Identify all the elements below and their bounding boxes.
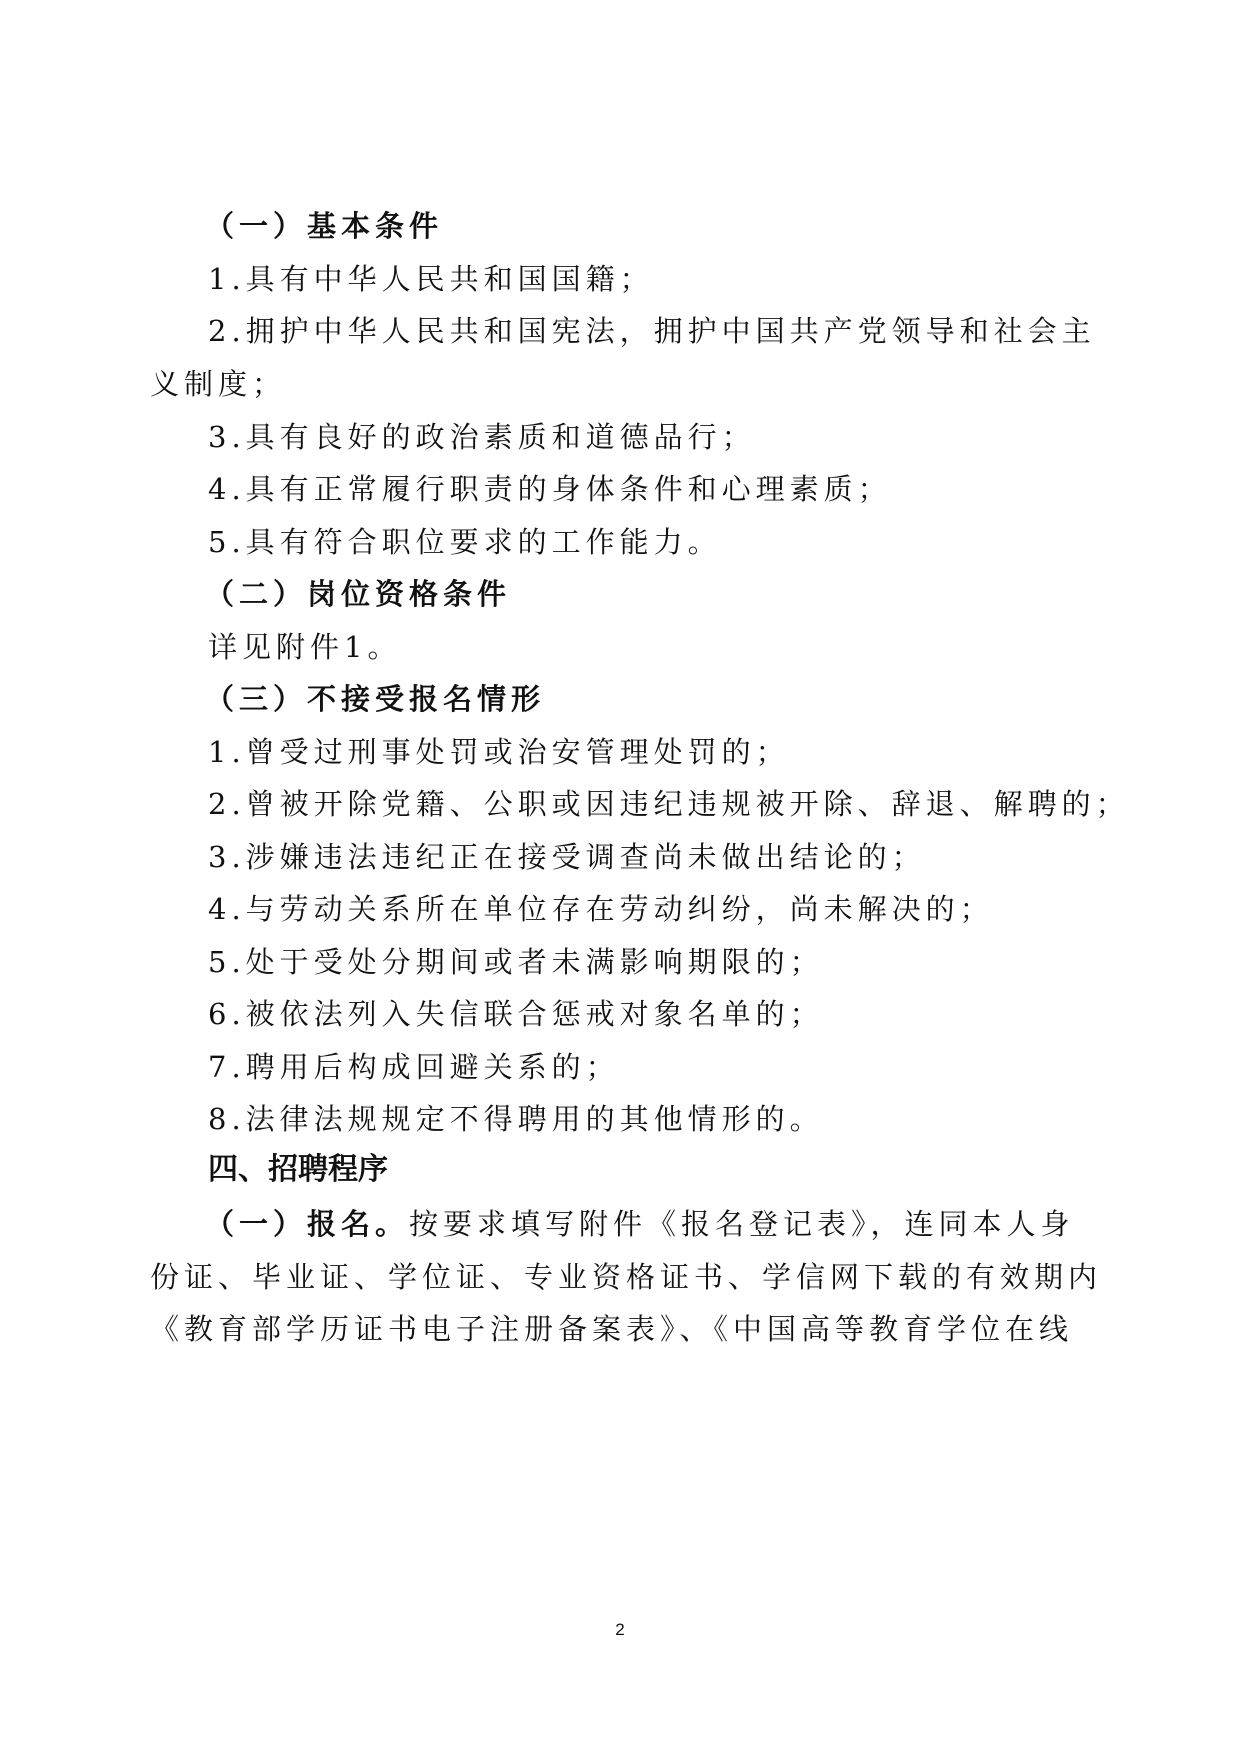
registration-text: 按要求填写附件《报名登记表》，连同本人身 <box>409 1207 1075 1241</box>
list-item: 5.具有符合职位要求的工作能力。 <box>208 522 722 562</box>
list-item: 8.法律法规规定不得聘用的其他情形的。 <box>208 1099 824 1139</box>
list-item: 2.拥护中华人民共和国宪法，拥护中国共产党领导和社会主 <box>208 311 1096 351</box>
list-item: 6.被依法列入失信联合惩戒对象名单的； <box>208 994 824 1034</box>
list-item: 1.具有中华人民共和国国籍； <box>208 259 654 299</box>
paragraph-registration: （一）报名。按要求填写附件《报名登记表》，连同本人身 <box>205 1204 1075 1244</box>
subheading-basic-conditions: （一）基本条件 <box>205 206 443 246</box>
paragraph: 详见附件1。 <box>208 627 401 667</box>
registration-label: （一）报名。 <box>205 1207 409 1241</box>
paragraph-continuation: 份证、毕业证、学位证、专业资格证书、学信网下载的有效期内 <box>150 1257 1102 1297</box>
list-item: 4.具有正常履行职责的身体条件和心理素质； <box>208 469 892 509</box>
list-item: 3.具有良好的政治素质和道德品行； <box>208 417 756 457</box>
section-heading-recruitment-procedure: 四、招聘程序 <box>208 1150 388 1190</box>
list-item: 2.曾被开除党籍、公职或因违纪违规被开除、辞退、解聘的； <box>208 784 1130 824</box>
document-page: （一）基本条件 1.具有中华人民共和国国籍； 2.拥护中华人民共和国宪法，拥护中… <box>0 0 1240 1754</box>
list-item: 3.涉嫌违法违纪正在接受调查尚未做出结论的； <box>208 837 926 877</box>
list-item-continuation: 义制度； <box>150 364 286 404</box>
list-item: 7.聘用后构成回避关系的； <box>208 1047 620 1087</box>
list-item: 4.与劳动关系所在单位存在劳动纠纷，尚未解决的； <box>208 889 994 929</box>
subheading-ineligible-cases: （三）不接受报名情形 <box>205 679 545 719</box>
list-item: 1.曾受过刑事处罚或治安管理处罚的； <box>208 732 790 772</box>
page-number: 2 <box>0 1620 1240 1640</box>
paragraph-continuation: 《教育部学历证书电子注册备案表》、《中国高等教育学位在线 <box>150 1309 1073 1349</box>
list-item: 5.处于受处分期间或者未满影响期限的； <box>208 942 824 982</box>
subheading-position-qualifications: （二）岗位资格条件 <box>205 574 511 614</box>
